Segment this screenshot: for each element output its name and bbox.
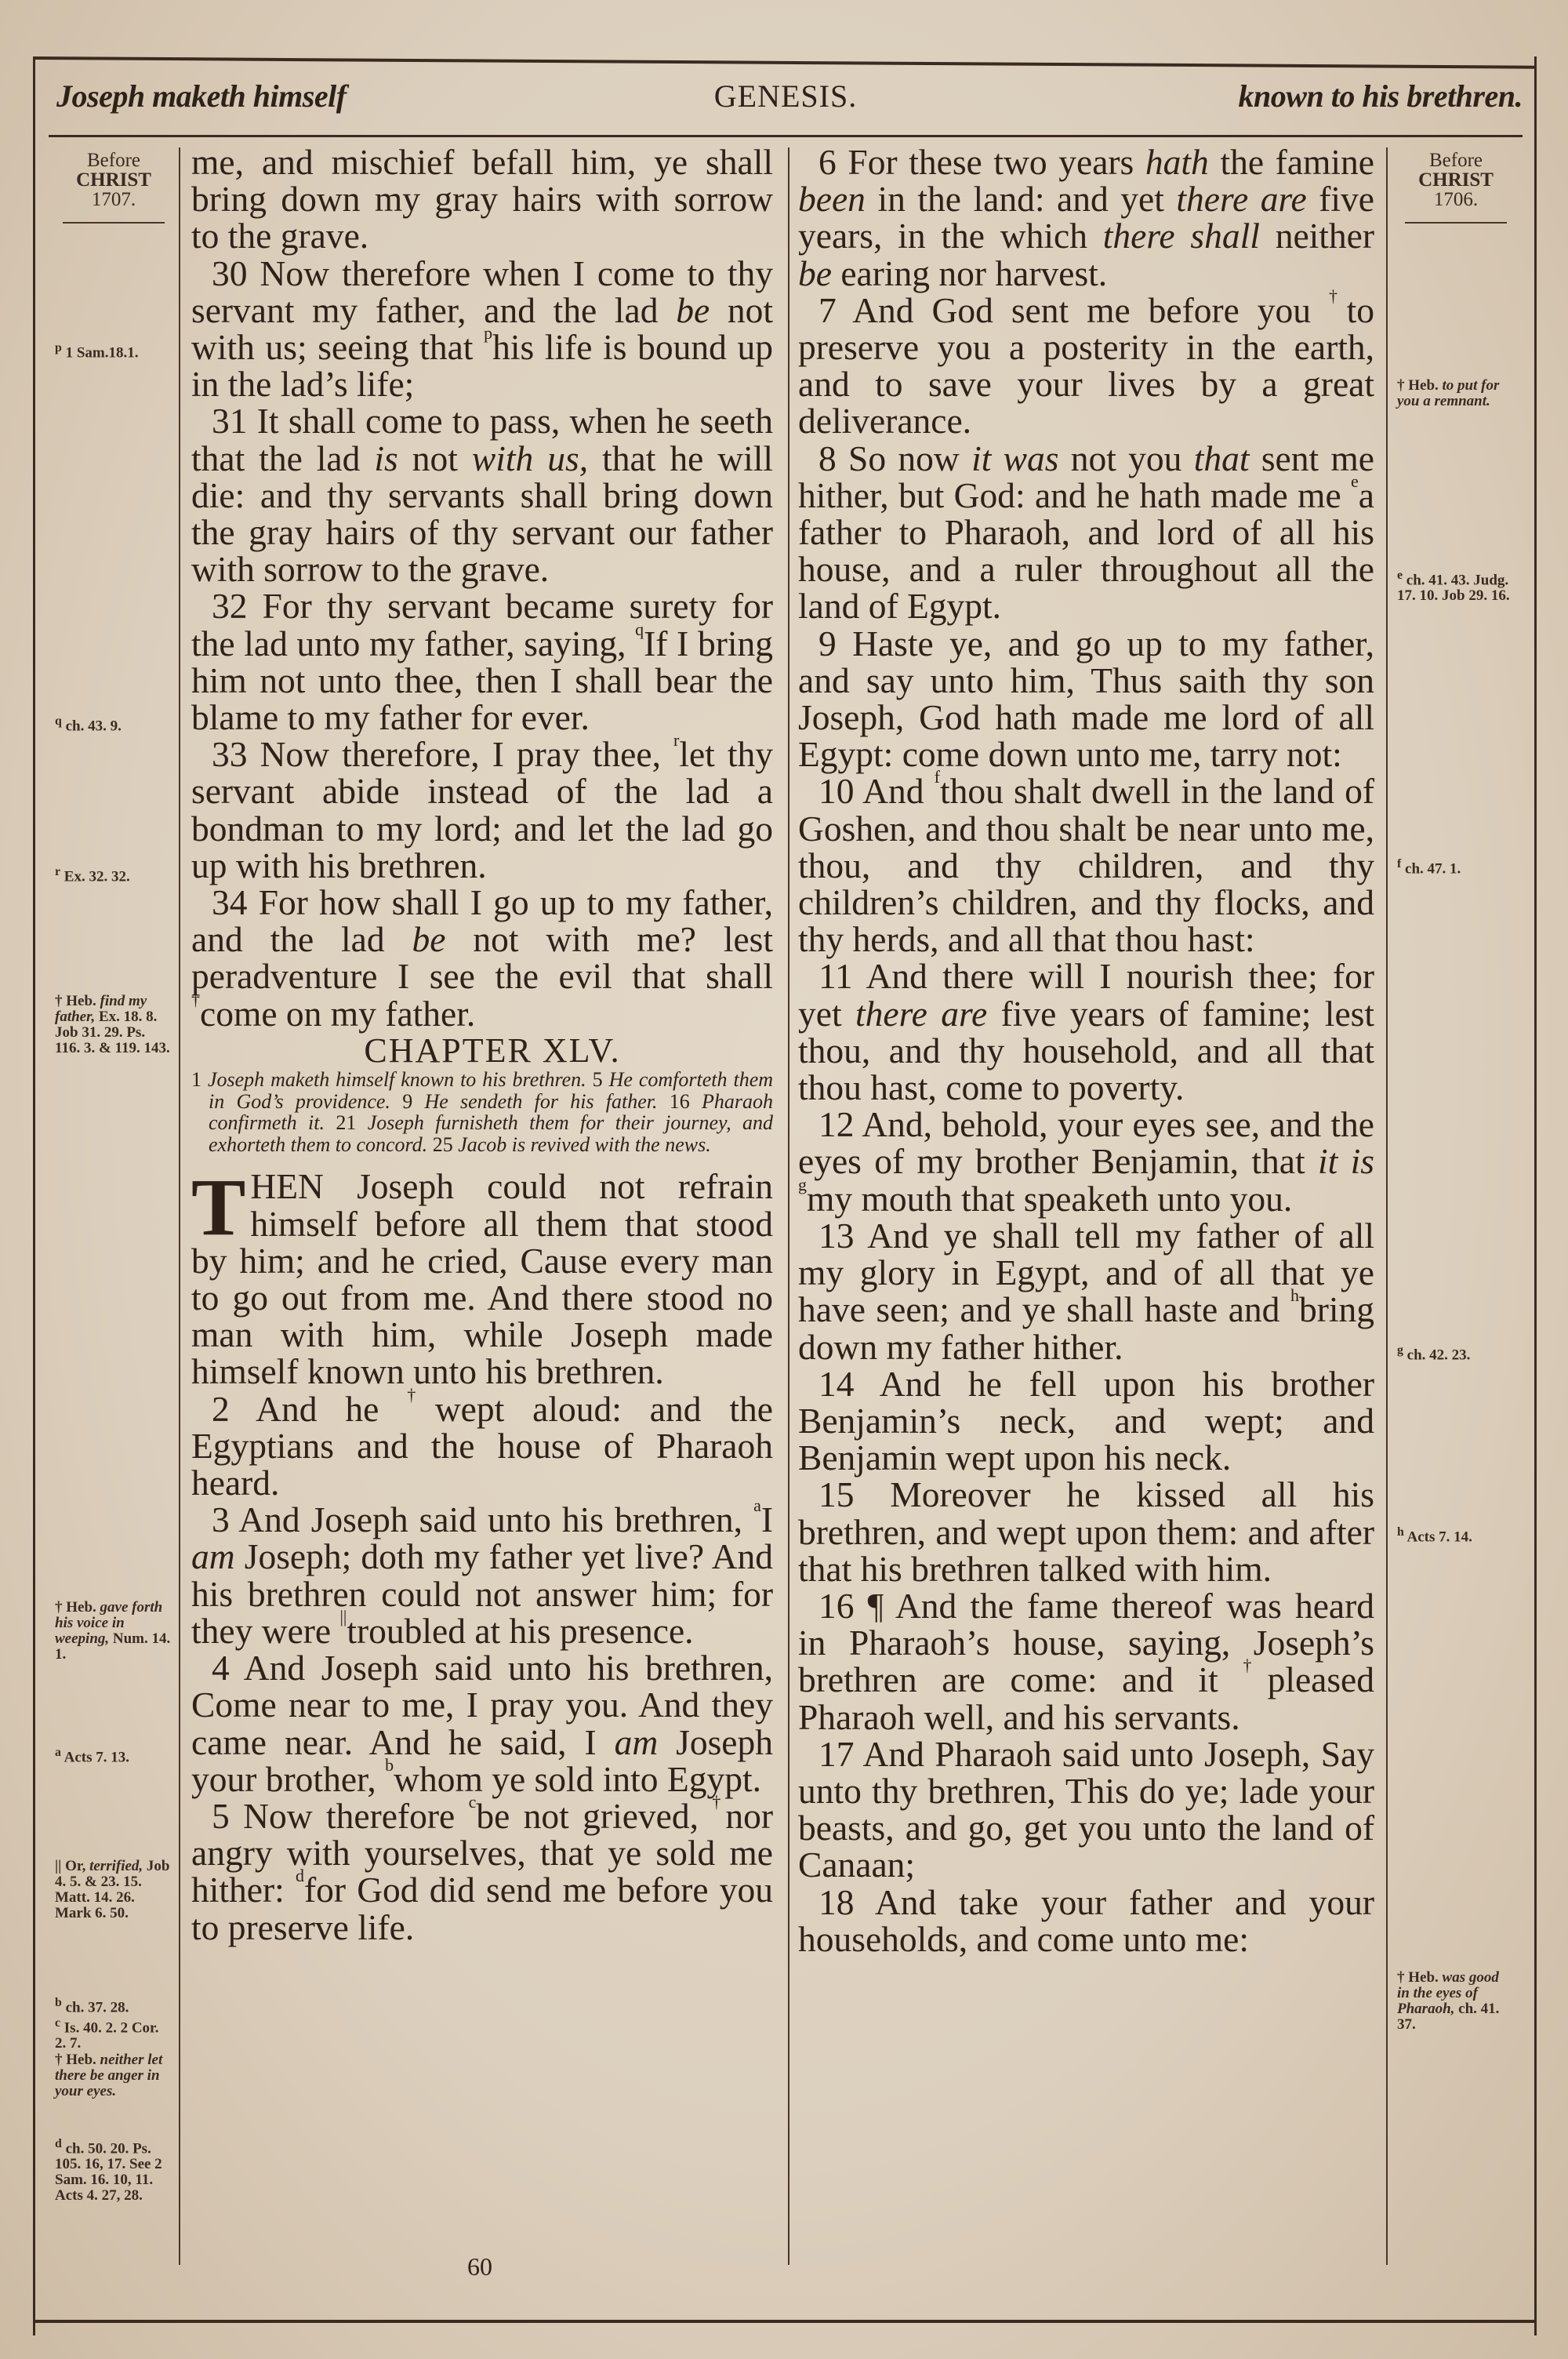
right-margin-divider — [1386, 147, 1388, 2265]
margin-note: q ch. 43. 9. — [55, 714, 172, 734]
era-christ: CHRIST — [1397, 170, 1515, 190]
header-rule — [49, 135, 1523, 137]
left-margin-divider — [179, 147, 180, 2265]
verse-6: 6 For these two years hath the famine be… — [798, 144, 1374, 292]
margin-note: e ch. 41. 43. Judg. 17. 10. Job 29. 16. — [1397, 568, 1515, 604]
book-page: Joseph maketh himself GENESIS. known to … — [0, 0, 1568, 2359]
margin-note: b ch. 37. 28. — [55, 1995, 172, 2016]
verse-7: 7 And God sent me before you †to preserv… — [798, 292, 1374, 440]
margin-note: p 1 Sam.18.1. — [55, 340, 172, 361]
right-margin-notes: Before CHRIST 1706. † Heb. to put for yo… — [1397, 151, 1523, 2268]
margin-note: f ch. 47. 1. — [1397, 856, 1515, 877]
verse-32: 32 For thy servant became surety for the… — [191, 587, 773, 736]
margin-note: r Ex. 32. 32. — [55, 864, 172, 885]
verse-12: 12 And, behold, your eyes see, and the e… — [798, 1106, 1374, 1217]
era-year: 1706. — [1397, 190, 1515, 209]
verse-10: 10 And fthou shalt dwell in the land of … — [798, 772, 1374, 958]
verse-4: 4 And Joseph said unto his brethren, Com… — [191, 1649, 773, 1797]
verse-31: 31 It shall come to pass, when he seeth … — [191, 402, 773, 587]
verse-34: 34 For how shall I go up to my father, a… — [191, 884, 773, 1032]
margin-note: † Heb. gave forth his voice in weeping, … — [55, 1600, 172, 1663]
verse-16: 16 ¶ And the fame thereof was heard in P… — [798, 1587, 1374, 1736]
margin-note: a Acts 7. 13. — [55, 1745, 172, 1765]
verse-1: THEN Joseph could not refrain himself be… — [191, 1168, 773, 1390]
header-right: known to his brethren. — [1239, 78, 1523, 114]
page-number: 60 — [467, 2252, 492, 2281]
center-column-divider — [788, 147, 789, 2265]
header-left: Joseph maketh himself — [56, 78, 347, 114]
margin-note: g ch. 42. 23. — [1397, 1343, 1515, 1363]
bottom-rule — [33, 2320, 1534, 2323]
margin-note: h Acts 7. 14. — [1397, 1525, 1515, 1545]
era-label: Before CHRIST 1706. — [1397, 151, 1515, 224]
verse-9: 9 Haste ye, and go up to my father, and … — [798, 625, 1374, 773]
margin-note: † Heb. find my father, Ex. 18. 8. Job 31… — [55, 994, 172, 1056]
era-before: Before — [55, 151, 172, 170]
right-text-column: 6 For these two years hath the famine be… — [798, 144, 1374, 1957]
verse-13: 13 And ye shall tell my father of all my… — [798, 1217, 1374, 1365]
verse-14: 14 And he fell upon his brother Benjamin… — [798, 1365, 1374, 1477]
chapter-title: CHAPTER XLV. — [191, 1032, 773, 1069]
margin-note: c Is. 40. 2. 2 Cor. 2. 7. — [55, 2016, 172, 2052]
pilcrow-icon: ¶ — [868, 1586, 884, 1626]
left-text-column: me, and mischief befall him, ye shall br… — [191, 144, 773, 1946]
margin-note: d ch. 50. 20. Ps. 105. 16, 17. See 2 Sam… — [55, 2136, 172, 2204]
drop-cap: T — [191, 1174, 245, 1241]
verse-2: 2 And he †wept aloud: and the Egyptians … — [191, 1390, 773, 1502]
era-rule — [1405, 222, 1507, 224]
verse-11: 11 And there will I nourish thee; for ye… — [798, 958, 1374, 1106]
margin-note: † Heb. to put for you a remnant. — [1397, 378, 1515, 409]
verse-5: 5 Now therefore cbe not grieved, †nor an… — [191, 1797, 773, 1946]
running-header: Joseph maketh himself GENESIS. known to … — [49, 75, 1523, 122]
chapter-summary: 1 Joseph maketh himself known to his bre… — [191, 1069, 773, 1155]
left-margin-notes: Before CHRIST 1707. p 1 Sam.18.1. q ch. … — [55, 151, 172, 2268]
verse-3: 3 And Joseph said unto his brethren, aI … — [191, 1501, 773, 1649]
era-rule — [63, 222, 165, 224]
verse-18: 18 And take your father and your househo… — [798, 1884, 1374, 1957]
verse-30: 30 Now therefore when I come to thy serv… — [191, 255, 773, 403]
verse-15: 15 Moreover he kissed all his brethren, … — [798, 1476, 1374, 1587]
margin-note: || Or, terrified, Job 4. 5. & 23. 15. Ma… — [55, 1859, 172, 1921]
era-label: Before CHRIST 1707. — [55, 151, 172, 224]
verse-17: 17 And Pharaoh said unto Joseph, Say unt… — [798, 1736, 1374, 1884]
verse-8: 8 So now it was not you that sent me hit… — [798, 440, 1374, 625]
era-before: Before — [1397, 151, 1515, 170]
verse-33: 33 Now therefore, I pray thee, rlet thy … — [191, 736, 773, 884]
era-christ: CHRIST — [55, 170, 172, 190]
margin-note: † Heb. neither let there be anger in you… — [55, 2052, 172, 2099]
margin-note: † Heb. was good in the eyes of Pharaoh, … — [1397, 1970, 1515, 2033]
verse-29-end: me, and mischief befall him, ye shall br… — [191, 144, 773, 255]
era-year: 1707. — [55, 190, 172, 209]
book-title: GENESIS. — [714, 78, 857, 114]
